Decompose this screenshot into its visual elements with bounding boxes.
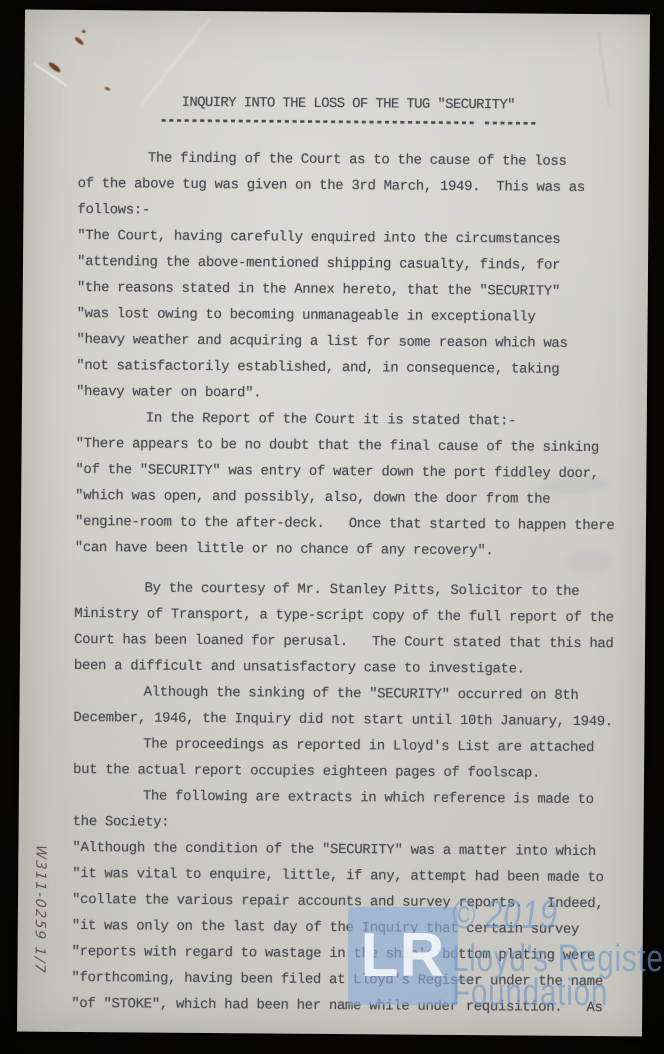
rust-stain	[104, 86, 111, 91]
lr-logo-text: LR	[361, 925, 446, 987]
typed-line: "can have been little or no chance of an…	[75, 535, 620, 565]
rust-stain	[48, 61, 62, 74]
paper-crease	[141, 18, 211, 105]
lr-logo-icon: LR	[348, 907, 458, 1005]
title-underline: ----------------------------------------…	[78, 112, 618, 132]
paper-crease	[597, 32, 609, 105]
archive-reference: W311-0259 1/7	[31, 844, 48, 982]
typed-lines: The finding of the Court as to the cause…	[71, 145, 623, 1021]
watermark-org-name-2: Foundation	[452, 972, 608, 1015]
document-title: INQUIRY INTO THE LOSS OF THE TUG "SECURI…	[78, 94, 618, 114]
document-page: INQUIRY INTO THE LOSS OF THE TUG "SECURI…	[17, 10, 650, 1037]
typed-line: of the above tug was given on the 3rd Ma…	[78, 171, 623, 201]
rust-stain	[82, 30, 86, 33]
rust-stain	[74, 36, 85, 46]
watermark-copyright: © 2019	[452, 893, 558, 938]
scanned-photo: INQUIRY INTO THE LOSS OF THE TUG "SECURI…	[0, 0, 664, 1054]
